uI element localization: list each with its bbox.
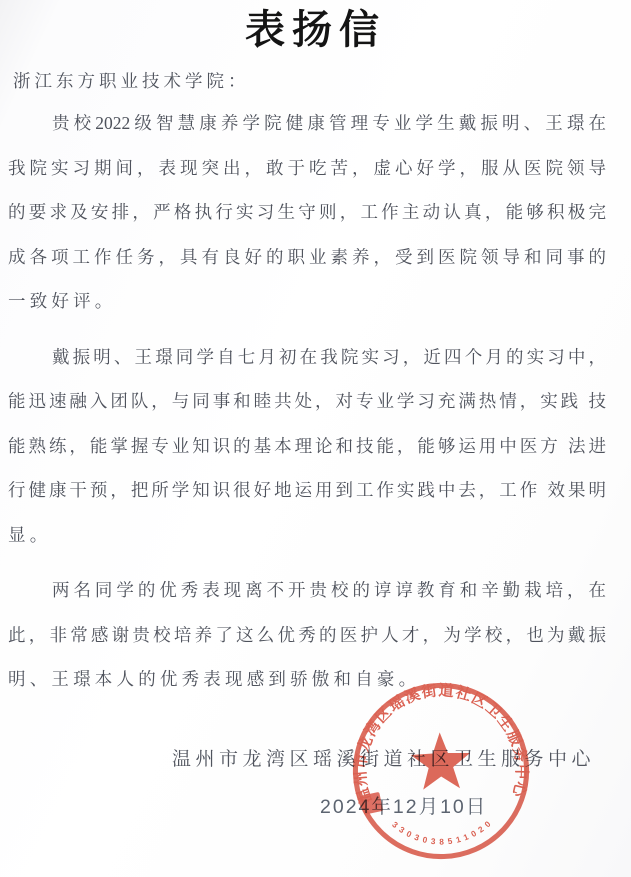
paragraph-line: 贵校2022级智慧康养学院健康管理专业学生戴振明、王璟在 [8,101,606,146]
letter-title: 表扬信 [0,0,631,55]
seal-inner-block [360,792,383,815]
paragraph-line: 我院实习期间，表现突出，敢于吃苦，虚心好学，服从医院领导 [8,146,606,191]
paragraph-line: 行健康干预，把所学知识很好地运用到工作实践中去，工作 效果明 [8,468,606,513]
commendation-letter-page: 表扬信 浙江东方职业技术学院： 贵校2022级智慧康养学院健康管理专业学生戴振明… [0,0,631,877]
paragraph-line: 能熟练，能掌握专业知识的基本理论和技能，能够运用中医方 法进 [8,424,606,469]
paragraph-line: 戴振明、王璟同学自七月初在我院实习，近四个月的实习中， [8,335,606,380]
letter-body: 贵校2022级智慧康养学院健康管理专业学生戴振明、王璟在 我院实习期间，表现突出… [8,101,606,702]
paragraph-line: 此，非常感谢贵校培养了这么优秀的医护人才，为学校，也为戴振 [8,613,606,658]
paragraph-line: 成各项工作任务，具有良好的职业素养，受到医院领导和同事的 [8,235,606,280]
paragraph-line: 显。 [8,513,606,558]
seal-serial-number: 3303038511020 [390,817,496,849]
paragraph-line: 一致好评。 [8,279,606,324]
seal-star-icon [410,731,471,790]
paragraph-line: 能迅速融入团队，与同事和睦共处，对专业学习充满热情，实践 技 [8,379,606,424]
official-red-seal: 温州市龙湾区瑶溪街道社区卫生服务中心 3303038511020 [346,676,536,866]
paragraph-1: 贵校2022级智慧康养学院健康管理专业学生戴振明、王璟在 我院实习期间，表现突出… [8,101,606,324]
letter-salutation: 浙江东方职业技术学院： [13,68,250,93]
paragraph-line: 的要求及安排，严格执行实习生守则，工作主动认真，能够积极完 [8,190,606,235]
paragraph-2: 戴振明、王璟同学自七月初在我院实习，近四个月的实习中， 能迅速融入团队，与同事和… [8,335,606,558]
paragraph-line: 两名同学的优秀表现离不开贵校的谆谆教育和辛勤栽培，在 [8,568,606,613]
